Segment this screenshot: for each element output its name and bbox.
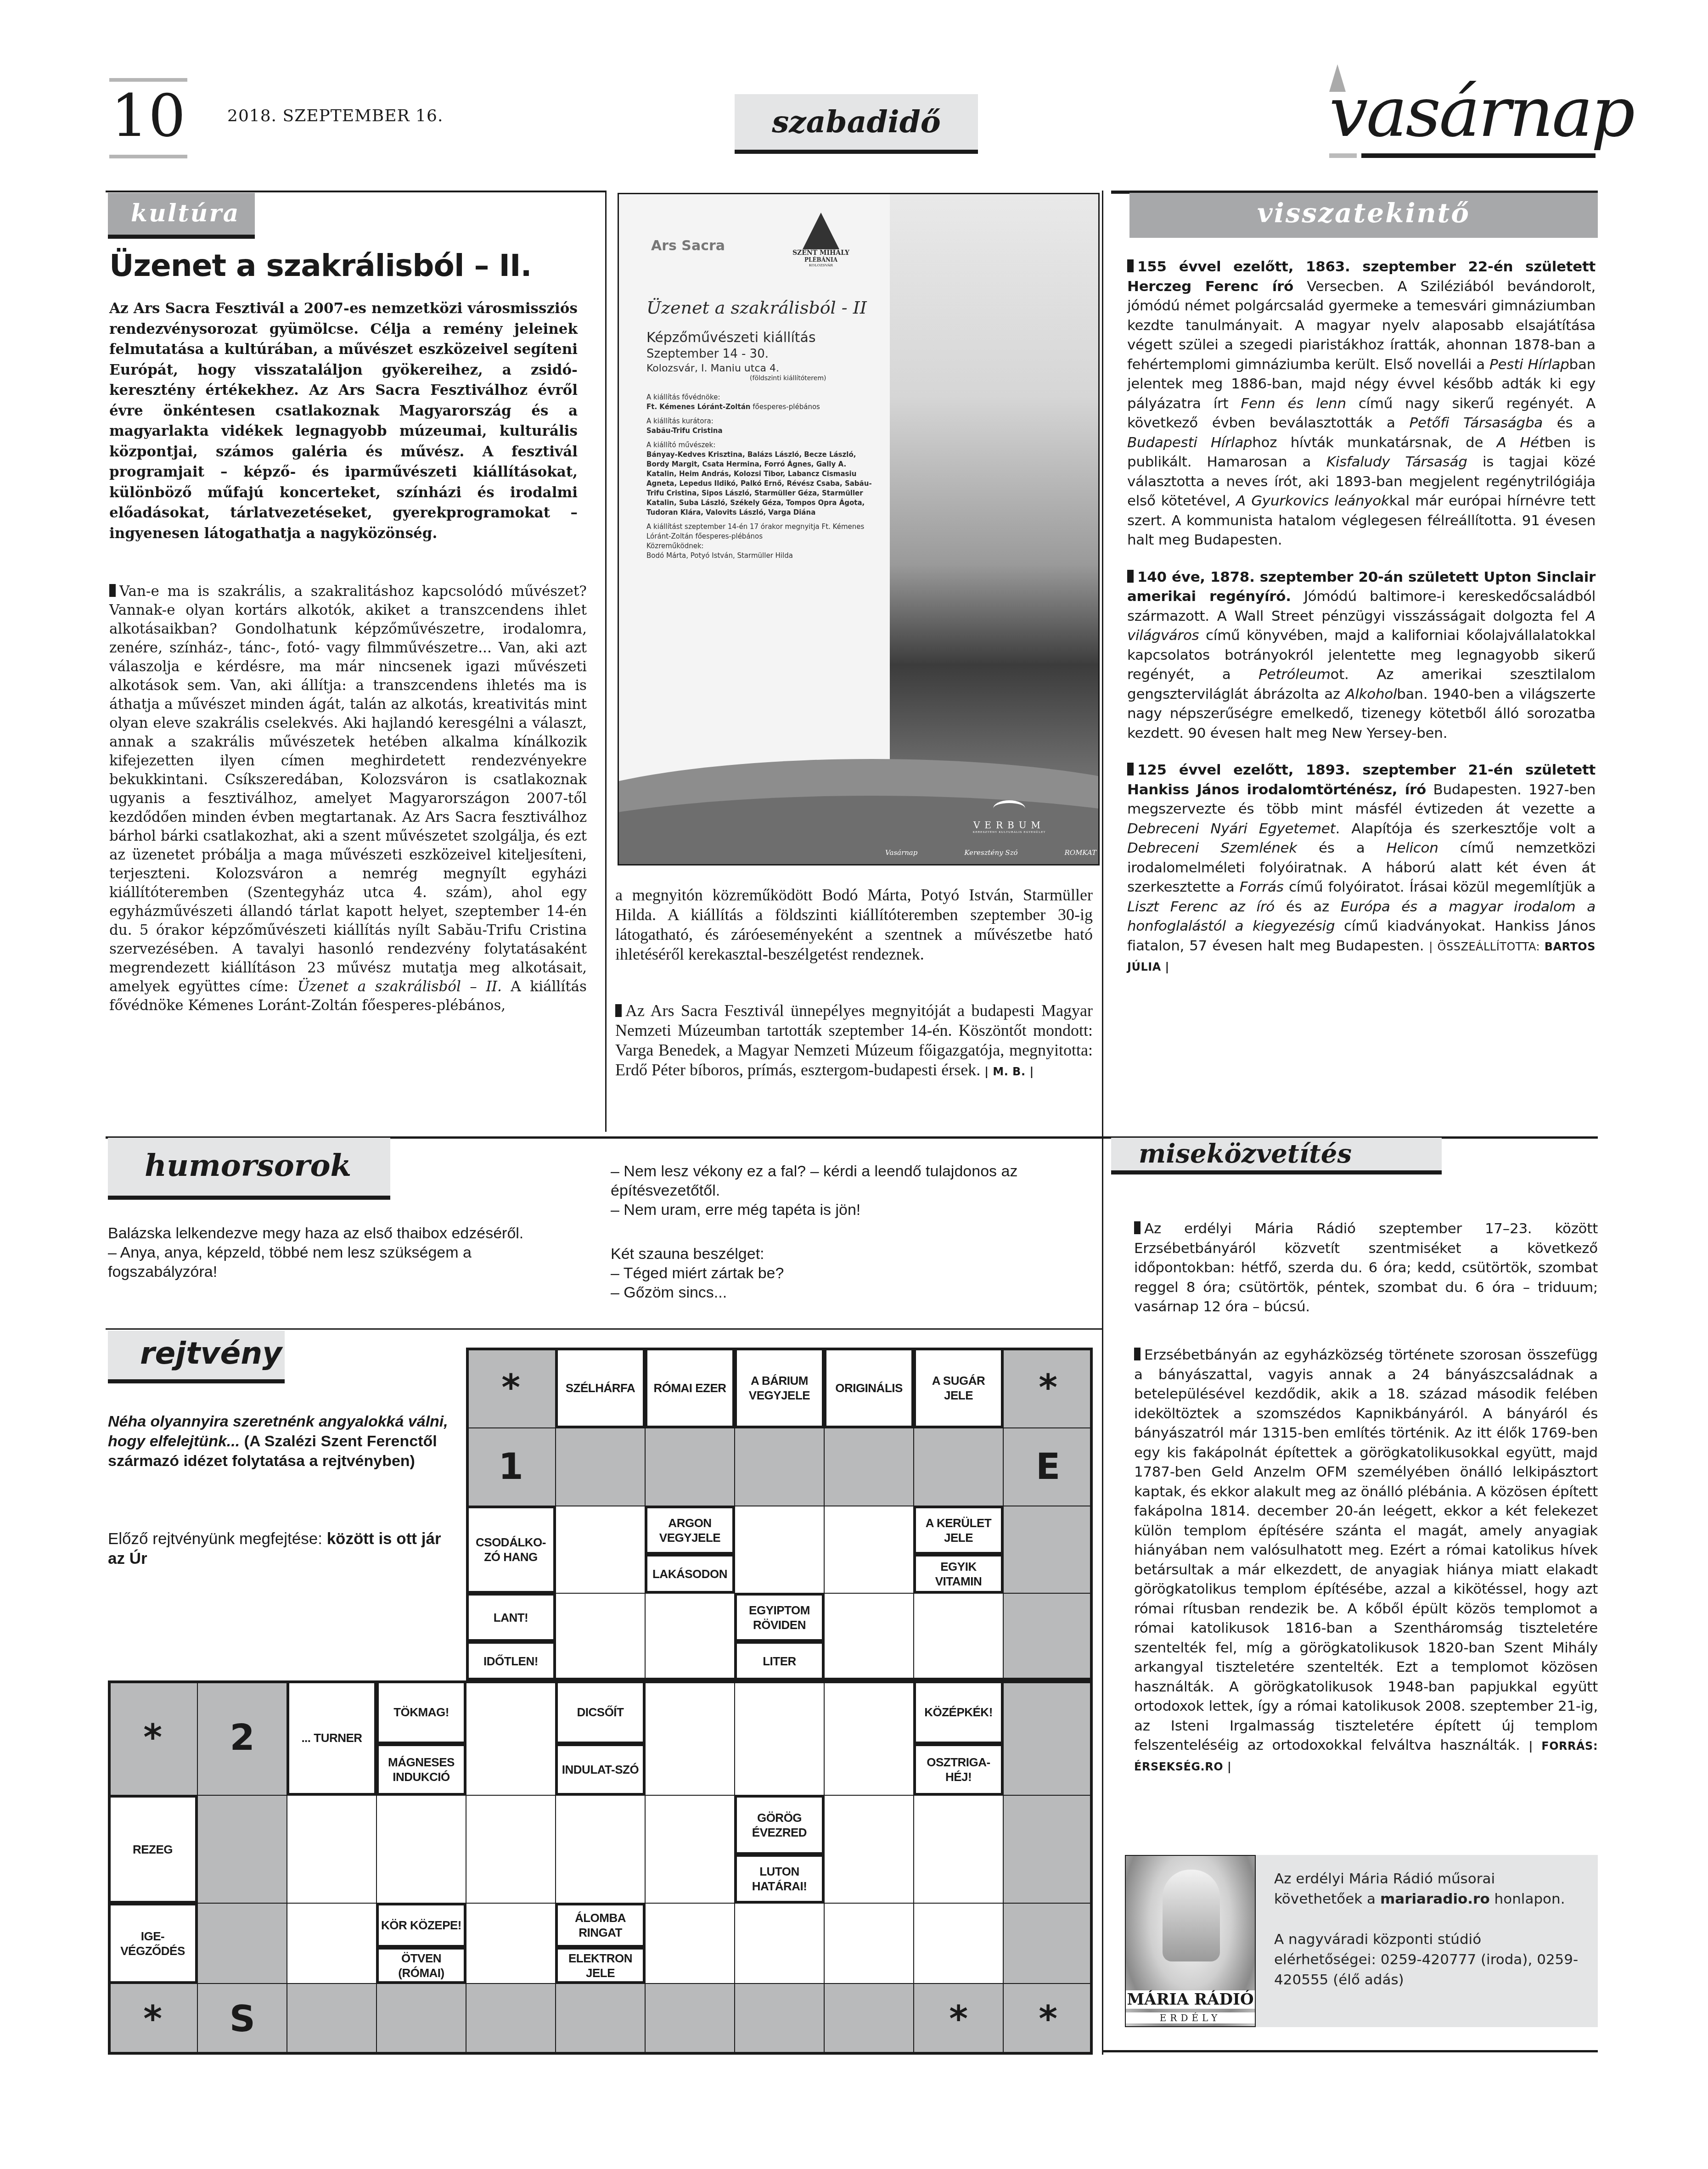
issue-date: 2018. SZEPTEMBER 16.	[227, 107, 443, 125]
visszatekinto-items: 155 évvel ezelőtt, 1863. szeptember 22-é…	[1127, 257, 1596, 977]
crossword-answer-cell[interactable]	[287, 1795, 376, 1903]
article-body-2: a megnyitón közreműködött Bodó Márta, Po…	[615, 885, 1093, 964]
poster-details: A kiállítás fővédnöke: Ft. Kémenes Lórán…	[646, 393, 876, 561]
section-label-misekozvetites: miseközvetítés	[1111, 1138, 1442, 1174]
crossword-solution-cell[interactable]	[824, 1428, 914, 1506]
crossword-solution-cell[interactable]	[466, 1984, 556, 2055]
crossword-solution-cell[interactable]	[197, 1795, 287, 1903]
crossword-solution-cell[interactable]: E	[1003, 1428, 1093, 1506]
crossword-clue-cell: CSODÁLKO-ZÓ HANG	[466, 1506, 556, 1593]
poster-address-note: (földszinti kiállítóterem)	[750, 375, 826, 382]
crossword-clue-cell: SZÉLHÁRFA	[556, 1348, 645, 1428]
crossword-clue-cell: EGYIK VITAMIN	[914, 1554, 1003, 1593]
media-partners: Vasárnap Keresztény Szó ROMKAT	[885, 848, 1096, 857]
crossword-solution-cell[interactable]	[914, 1428, 1003, 1506]
poster-address: Kolozsvár, I. Maniu utca 4.	[646, 363, 779, 374]
crossword-solution-cell[interactable]	[1003, 1680, 1093, 1795]
rejtveny-rule	[106, 1328, 1102, 1330]
crossword-clue-cell: ARGON VEGYJELE	[645, 1506, 735, 1554]
crossword-answer-cell[interactable]	[735, 1680, 824, 1795]
crossword-solution-cell[interactable]: *	[466, 1348, 556, 1428]
crossword-clue-cell: MÁGNESES INDUKCIÓ	[376, 1744, 466, 1795]
crossword-clue-cell: TÖKMAG!	[376, 1680, 466, 1744]
crossword-clue-cell: LITER	[735, 1641, 824, 1680]
poster-title: Üzenet a szakrálisból - II	[646, 298, 867, 318]
crossword-clue-cell: LUTON HATÁRAI!	[735, 1854, 824, 1903]
crossword-solution-cell[interactable]	[1003, 1506, 1093, 1593]
radio-info: Az erdélyi Mária Rádió műsorai követhető…	[1274, 1869, 1586, 1990]
section-label-humorsorok: humorsorok	[108, 1138, 390, 1200]
crossword-clue-cell: A KERÜLET JELE	[914, 1506, 1003, 1554]
crossword-answer-cell[interactable]	[556, 1506, 645, 1593]
crossword-clue-cell: GÖRÖG ÉVEZRED	[735, 1795, 824, 1854]
crossword-solution-cell[interactable]	[287, 1984, 376, 2055]
vasarnap-logo: vasárnap	[1329, 83, 1596, 152]
crossword-solution-cell[interactable]	[1003, 1593, 1093, 1680]
madonna-image	[1163, 1870, 1220, 1961]
crossword-solution-cell[interactable]	[645, 1428, 735, 1506]
column-divider-2	[1102, 191, 1103, 2055]
credit-label: | ÖSSZEÁLLÍTOTTA:	[1429, 940, 1544, 953]
crossword-answer-cell[interactable]	[466, 1680, 556, 1795]
logo-accent-bar	[1329, 153, 1357, 158]
crossword-solution-cell[interactable]	[735, 1984, 824, 2055]
crossword-answer-cell[interactable]	[914, 1903, 1003, 1984]
crossword-answer-cell[interactable]	[466, 1795, 556, 1903]
crossword-solution-cell[interactable]	[824, 1984, 914, 2055]
crossword-answer-cell[interactable]	[914, 1593, 1003, 1680]
crossword-clue-cell: ... TURNER	[287, 1680, 376, 1795]
crossword-answer-cell[interactable]	[556, 1593, 645, 1680]
paragraph-marker	[1127, 259, 1134, 272]
crossword-solution-cell[interactable]: S	[197, 1984, 287, 2055]
crossword-solution-cell[interactable]	[376, 1984, 466, 2055]
segments: Versecben. A Sziléziából bevándorolt, jó…	[1127, 278, 1596, 549]
section-tab-szabadido: szabadidő	[735, 94, 978, 154]
crossword-clue-cell: A SUGÁR JELE	[914, 1348, 1003, 1428]
crossword-clue-cell: INDULAT-SZÓ	[556, 1744, 645, 1795]
paragraph-marker	[1134, 1348, 1141, 1360]
anniversary-item-2: 140 éve, 1878. szeptember 20-án születet…	[1127, 568, 1596, 743]
article-lead: Az Ars Sacra Fesztivál a 2007-es nemzetk…	[109, 298, 578, 544]
radio-brand-sub: ERDÉLY	[1126, 2012, 1255, 2023]
section-label-kultura: kultúra	[108, 193, 255, 239]
crossword-answer-cell[interactable]	[735, 1903, 824, 1984]
crossword-answer-cell[interactable]	[645, 1795, 735, 1903]
page-number: 10	[109, 78, 187, 158]
joke-1: Balázska lelkendezve megy haza az első t…	[108, 1224, 567, 1281]
crossword-solution-cell[interactable]	[197, 1903, 287, 1984]
crossword-answer-cell[interactable]	[735, 1506, 824, 1593]
crossword-answer-cell[interactable]	[914, 1795, 1003, 1903]
radio-website-link[interactable]: mariaradio.ro	[1380, 1891, 1490, 1907]
paragraph-marker	[615, 1004, 622, 1017]
top-rule-left	[106, 191, 606, 192]
crossword-solution-cell[interactable]: 1	[466, 1428, 556, 1506]
crossword-solution-cell[interactable]	[735, 1428, 824, 1506]
crossword-solution-cell[interactable]	[645, 1984, 735, 2055]
crossword-clue-cell: REZEG	[108, 1795, 197, 1903]
paragraph-marker	[1127, 763, 1134, 775]
crossword-solution-cell[interactable]	[556, 1428, 645, 1506]
crossword-solution-cell[interactable]: *	[1003, 1348, 1093, 1428]
article-body-1: Van-e ma is szakrális, a szakralitáshoz …	[109, 582, 587, 1015]
crossword-solution-cell[interactable]	[1003, 1903, 1093, 1984]
crossword-solution-cell[interactable]: *	[1003, 1984, 1093, 2055]
article-signature: | M. B. |	[984, 1065, 1034, 1078]
column-divider-1	[605, 191, 607, 1132]
crossword-clue-cell: KÖR KÖZEPE!	[376, 1903, 466, 1947]
crossword-clue-cell: OSZTRIGA-HÉJ!	[914, 1744, 1003, 1795]
crossword-answer-cell[interactable]	[645, 1680, 735, 1795]
crossword-clue-cell: ÖTVEN (RÓMAI)	[376, 1947, 466, 1984]
segments: Budapesten. 1927-ben megszervezte és töb…	[1127, 781, 1596, 954]
crossword-clue-cell: ELEKTRON JELE	[556, 1947, 645, 1984]
bottom-rule-right	[1102, 2050, 1598, 2052]
crossword-answer-cell[interactable]	[556, 1795, 645, 1903]
article-headline: Üzenet a szakrálisból – II.	[109, 248, 596, 283]
paragraph-marker	[109, 584, 116, 597]
verbum-logo: VERBUM KERESZTÉNY KULTURÁLIS EGYESÜLET	[940, 800, 1078, 834]
crossword-solution-cell[interactable]: 2	[197, 1680, 287, 1795]
maria-radio-logo: MÁRIA RÁDIÓ ERDÉLY	[1125, 1855, 1256, 2027]
open-book-icon	[993, 800, 1025, 817]
crossword-solution-cell[interactable]: *	[108, 1984, 197, 2055]
mass-broadcast-paragraph-2: Erzsébetbányán az egyházközség története…	[1134, 1345, 1598, 1776]
crossword-clue-cell: DICSŐÍT	[556, 1680, 645, 1744]
crossword-clue-cell: LANT!	[466, 1593, 556, 1641]
segments: Jómódú baltimore-i kereskedőcsaládból sz…	[1127, 588, 1596, 742]
crossword-solution-cell[interactable]	[556, 1984, 645, 2055]
crossword-solution-cell[interactable]	[1003, 1795, 1093, 1903]
crossword-answer-cell[interactable]	[645, 1593, 735, 1680]
crossword-clue-cell: ORIGINÁLIS	[824, 1348, 914, 1428]
church-icon	[803, 213, 839, 249]
crossword-answer-cell[interactable]	[645, 1903, 735, 1984]
crossword-answer-cell[interactable]	[824, 1903, 914, 1984]
paragraph-marker	[1127, 570, 1134, 583]
joke-2: – Nem lesz vékony ez a fal? – kérdi a le…	[611, 1162, 1093, 1219]
ars-sacra-logo: Ars Sacra	[651, 238, 725, 254]
anniversary-item-3: 125 évvel ezelőtt, 1893. szeptember 21-é…	[1127, 760, 1596, 977]
section-label-visszatekinto: visszatekintő	[1129, 193, 1598, 238]
crossword-clue-cell: LAKÁSODON	[645, 1554, 735, 1593]
crossword-solution-cell[interactable]: *	[914, 1984, 1003, 2055]
crossword-answer-cell[interactable]	[824, 1795, 914, 1903]
maria-radio-box: MÁRIA RÁDIÓ ERDÉLY Az erdélyi Mária Rádi…	[1125, 1855, 1598, 2027]
paragraph-marker	[1134, 1221, 1141, 1234]
crossword-grid: *SZÉLHÁRFARÓMAI EZERA BÁRIUM VEGYJELEORI…	[108, 1348, 1093, 2055]
crossword-clue-cell: KÖZÉPKÉK!	[914, 1680, 1003, 1744]
crossword-answer-cell[interactable]	[824, 1506, 914, 1593]
logo-underline	[1361, 153, 1596, 158]
crossword-clue-cell: RÓMAI EZER	[645, 1348, 735, 1428]
crossword-answer-cell[interactable]	[466, 1903, 556, 1984]
crossword-clue-cell: IGE-VÉGZŐDÉS	[108, 1903, 197, 1984]
poster-subtitle: Képzőművészeti kiállítás	[646, 330, 816, 346]
crossword-clue-cell: ÁLOMBA RINGAT	[556, 1903, 645, 1947]
mass-broadcast-paragraph-1: Az erdélyi Mária Rádió szeptember 17–23.…	[1134, 1219, 1598, 1317]
crossword-clue-cell: A BÁRIUM VEGYJELE	[735, 1348, 824, 1428]
church-logo: SZENT MIHÁLY PLÉBÁNIA KOLOZSVÁR	[784, 213, 858, 267]
crossword-answer-cell[interactable]	[287, 1903, 376, 1984]
radio-brand: MÁRIA RÁDIÓ	[1126, 1990, 1255, 2009]
crossword-answer-cell[interactable]	[824, 1593, 914, 1680]
crossword-answer-cell[interactable]	[824, 1680, 914, 1795]
anniversary-item-1: 155 évvel ezelőtt, 1863. szeptember 22-é…	[1127, 257, 1596, 550]
joke-3: Két szauna beszélget: – Téged miért zárt…	[611, 1244, 1093, 1302]
crossword-clue-cell: IDŐTLEN!	[466, 1641, 556, 1680]
crossword-answer-cell[interactable]	[376, 1795, 466, 1903]
poster-dates: Szeptember 14 - 30.	[646, 347, 769, 361]
crossword-solution-cell[interactable]: *	[108, 1680, 197, 1795]
logo-wordmark: vasárnap	[1329, 78, 1633, 147]
exhibition-poster: Ars Sacra SZENT MIHÁLY PLÉBÁNIA KOLOZSVÁ…	[618, 193, 1100, 865]
crossword-clue-cell: EGYIPTOM RÖVIDEN	[735, 1593, 824, 1641]
article-body-3: Az Ars Sacra Fesztivál ünnepélyes megnyi…	[615, 1001, 1093, 1082]
